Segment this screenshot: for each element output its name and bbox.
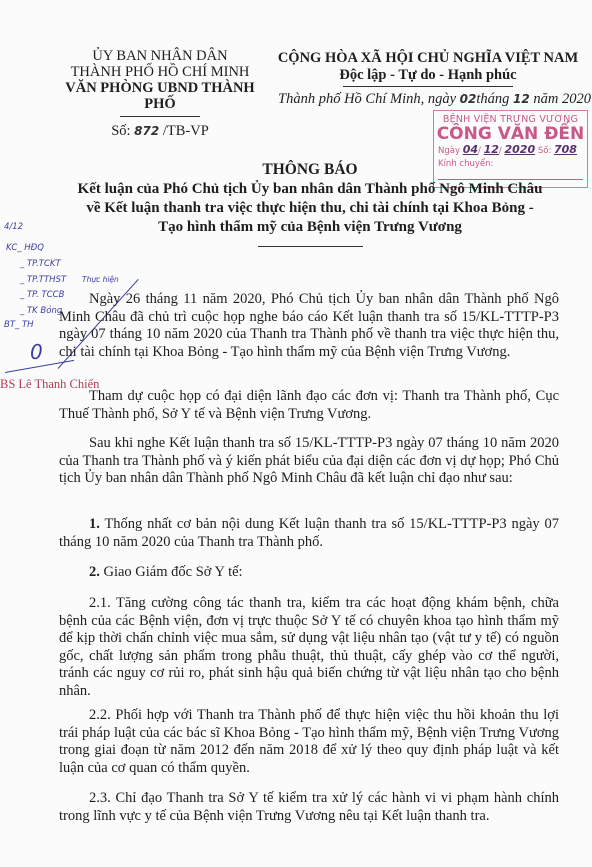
margin-note-item: _ TP. TCCB bbox=[20, 290, 64, 300]
margin-note-date: 4/12 bbox=[4, 222, 23, 232]
document-date: Thành phố Hồ Chí Minh, ngày 02tháng 12 n… bbox=[278, 91, 588, 108]
item-2-1-text: 2.1. Tăng cường công tác thanh tra, kiểm… bbox=[59, 595, 559, 700]
document-title: THÔNG BÁO Kết luận của Phó Chủ tịch Ủy b… bbox=[60, 160, 560, 247]
date-month-label: tháng bbox=[476, 91, 509, 107]
stamp-number: 708 bbox=[554, 143, 577, 156]
item-2-number: 2. bbox=[89, 564, 100, 580]
title-heading: THÔNG BÁO bbox=[60, 160, 560, 179]
margin-note-item: _ TK Bỏng bbox=[20, 306, 62, 316]
agency-line-2: THÀNH PHỐ HỒ CHÍ MINH bbox=[50, 64, 270, 80]
paragraph-1: Ngày 26 tháng 11 năm 2020, Phó Chủ tịch … bbox=[59, 291, 559, 361]
item-2-2: 2.2. Phối hợp với Thanh tra Thành phố để… bbox=[59, 707, 559, 777]
item-2-1: 2.1. Tăng cường công tác thanh tra, kiểm… bbox=[59, 595, 559, 700]
stamp-day: 04 bbox=[463, 143, 478, 156]
item-2-2-text: 2.2. Phối hợp với Thanh tra Thành phố để… bbox=[59, 707, 559, 777]
country-name: CỘNG HÒA XÃ HỘI CHỦ NGHĨA VIỆT NAM bbox=[264, 50, 592, 67]
date-prefix: Thành phố Hồ Chí Minh, ngày bbox=[278, 91, 456, 107]
stamp-number-label: Số: bbox=[538, 146, 551, 156]
title-line-2: về Kết luận thanh tra việc thực hiện thu… bbox=[60, 199, 560, 218]
handwritten-signature: 0 bbox=[30, 340, 43, 364]
document-number-handwritten: 872 bbox=[134, 124, 159, 138]
date-month: 12 bbox=[513, 92, 530, 106]
paragraph-3: Sau khi nghe Kết luận thanh tra số 15/KL… bbox=[59, 435, 559, 488]
item-1-text: Thống nhất cơ bản nội dung Kết luận than… bbox=[59, 516, 559, 550]
national-motto-header: CỘNG HÒA XÃ HỘI CHỦ NGHĨA VIỆT NAM Độc l… bbox=[264, 50, 592, 87]
item-2-3: 2.3. Chỉ đạo Thanh tra Sở Y tế kiểm tra … bbox=[59, 790, 559, 825]
motto-divider bbox=[343, 86, 513, 87]
item-1: 1. Thống nhất cơ bản nội dung Kết luận t… bbox=[59, 516, 559, 551]
item-2-text: Giao Giám đốc Sở Y tế: bbox=[104, 564, 243, 580]
margin-note-item: _ TP.TTHST bbox=[20, 275, 66, 285]
motto: Độc lập - Tự do - Hạnh phúc bbox=[264, 67, 592, 84]
title-line-1: Kết luận của Phó Chủ tịch Ủy ban nhân dâ… bbox=[60, 180, 560, 199]
agency-line-3: VĂN PHÒNG UBND THÀNH PHỐ bbox=[50, 80, 270, 112]
document-number: Số: 872 /TB-VP bbox=[50, 123, 270, 139]
item-2-3-text: 2.3. Chỉ đạo Thanh tra Sở Y tế kiểm tra … bbox=[59, 790, 559, 825]
issuing-agency-header: ỦY BAN NHÂN DÂN THÀNH PHỐ HỒ CHÍ MINH VĂ… bbox=[50, 48, 270, 139]
paragraph-attendees: Tham dự cuộc họp có đại diện lãnh đạo cá… bbox=[59, 388, 559, 423]
stamp-date-number: Ngày 04/ 12/ 2020 Số: 708 bbox=[434, 143, 587, 156]
date-year: năm 2020 bbox=[533, 91, 591, 107]
document-number-label: Số: bbox=[111, 123, 130, 139]
margin-note-item: KC_ HĐQ bbox=[6, 243, 44, 253]
margin-note-instruction: Thực hiện bbox=[82, 275, 119, 284]
stamp-month: 12 bbox=[484, 143, 499, 156]
agency-line-1: ỦY BAN NHÂN DÂN bbox=[50, 48, 270, 64]
paragraph-2: Tham dự cuộc họp có đại diện lãnh đạo cá… bbox=[59, 388, 559, 423]
margin-note-item: BT_ TH bbox=[4, 320, 34, 330]
margin-note-item: _ TP.TCKT bbox=[20, 259, 61, 269]
title-line-3: Tạo hình thẩm mỹ của Bệnh viện Trưng Vươ… bbox=[60, 218, 560, 237]
stamp-date-label: Ngày bbox=[438, 146, 460, 156]
item-1-number: 1. bbox=[89, 516, 100, 532]
stamp-title: CÔNG VĂN ĐẾN bbox=[434, 125, 587, 143]
title-divider bbox=[258, 246, 363, 247]
item-2: 2. Giao Giám đốc Sở Y tế: bbox=[59, 564, 559, 582]
date-day: 02 bbox=[460, 92, 477, 106]
header-divider bbox=[120, 116, 200, 117]
paragraph-conclusion-intro: Sau khi nghe Kết luận thanh tra số 15/KL… bbox=[59, 435, 559, 488]
document-number-suffix: /TB-VP bbox=[163, 123, 209, 139]
stamp-year: 2020 bbox=[504, 143, 535, 156]
paragraph-meeting: Ngày 26 tháng 11 năm 2020, Phó Chủ tịch … bbox=[59, 291, 559, 361]
